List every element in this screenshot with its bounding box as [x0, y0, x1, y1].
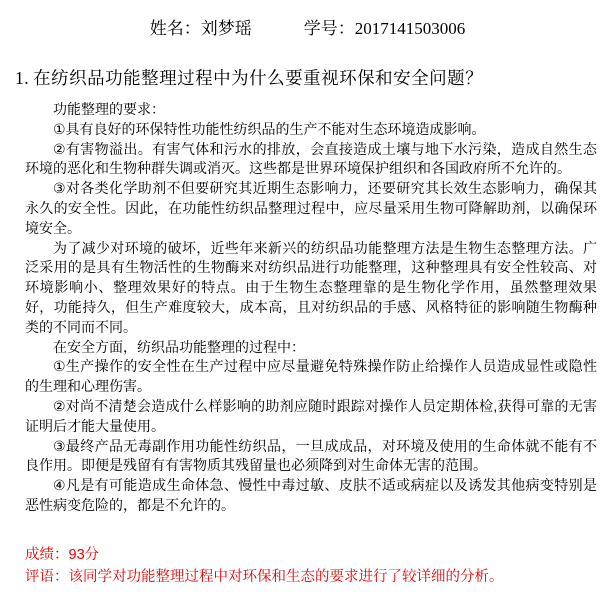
answer-paragraph: ②对尚不清楚会造成什么样影响的助剂应随时跟踪对操作人员定期体检,获得可靠的无害证…: [25, 397, 597, 437]
question-text: 在纺织品功能整理过程中为什么要重视环保和安全问题？: [33, 68, 483, 88]
answer-paragraph: ③最终产品无毒副作用功能性纺织品，一旦成成品，对环境及使用的生命体就不能有不良作…: [25, 437, 597, 477]
question-title: 1.在纺织品功能整理过程中为什么要重视环保和安全问题？: [15, 65, 600, 90]
answer-paragraph: ②有害物溢出。有害气体和污水的排放，会直接造成土壤与地下水污染，造成自然生态环境…: [25, 140, 597, 180]
name-label: 姓名：: [150, 19, 201, 38]
answer-paragraph: ①生产操作的安全性在生产过程中应尽量避免特殊操作防止给操作人员造成显性或隐性的生…: [25, 357, 597, 397]
answer-body: 功能整理的要求： ①具有良好的环保特性功能性纺织品的生产不能对生态环境造成影响。…: [25, 100, 597, 516]
grading-section: 成绩：93分 评语：该同学对功能整理过程中对环保和生态的要求进行了较详细的分析。: [25, 544, 597, 588]
question-number: 1.: [15, 68, 29, 88]
comment-label: 评语：: [25, 569, 69, 585]
score-unit: 分: [85, 547, 100, 563]
answer-paragraph: 为了减少对环境的破坏，近些年来新兴的纺织品功能整理方法是生物生态整理方法。广泛采…: [25, 239, 597, 338]
student-id-value: 2017141503006: [355, 19, 466, 38]
student-id-label: 学号：: [304, 19, 355, 38]
document-page: 姓名：刘梦瑶学号：2017141503006 1.在纺织品功能整理过程中为什么要…: [0, 0, 615, 609]
name-value: 刘梦瑶: [201, 19, 252, 38]
comment-line: 评语：该同学对功能整理过程中对环保和生态的要求进行了较详细的分析。: [25, 566, 597, 588]
score-value: 93: [69, 547, 85, 563]
answer-paragraph: ①具有良好的环保特性功能性纺织品的生产不能对生态环境造成影响。: [25, 120, 597, 140]
answer-paragraph: ④凡是有可能造成生命体急、慢性中毒过敏、皮肤不适或病症以及诱发其他病变特别是恶性…: [25, 476, 597, 516]
score-label: 成绩：: [25, 547, 69, 563]
comment-text: 该同学对功能整理过程中对环保和生态的要求进行了较详细的分析。: [69, 569, 504, 585]
student-info-header: 姓名：刘梦瑶学号：2017141503006: [0, 14, 615, 39]
answer-paragraph: ③对各类化学助剂不但要研究其近期生态影响力，还要研究其长效生态影响力，确保其永久…: [25, 179, 597, 238]
answer-paragraph: 在安全方面，纺织品功能整理的过程中：: [25, 338, 597, 358]
score-line: 成绩：93分: [25, 544, 597, 566]
answer-paragraph: 功能整理的要求：: [25, 100, 597, 120]
